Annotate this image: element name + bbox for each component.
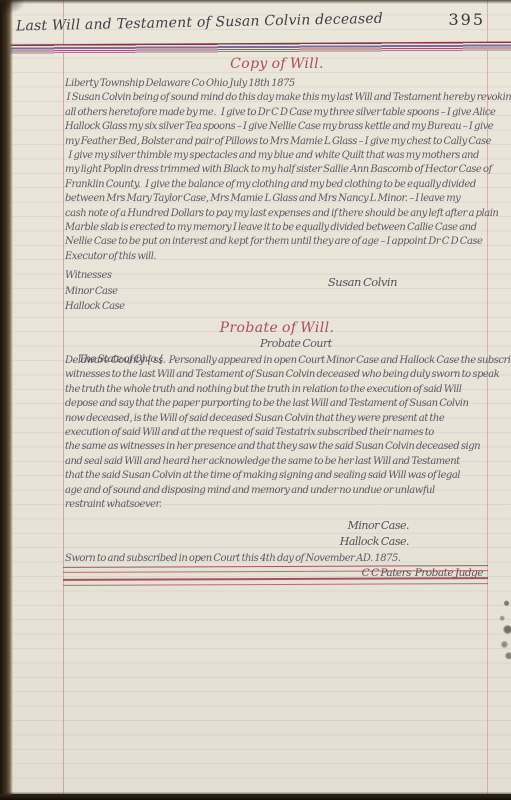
probate-body: Delaware County { ss. Personally appeare… [65,354,489,512]
text-line: I Susan Colvin being of sound mind do th… [65,91,489,105]
page-title: Last Will and Testament of Susan Colvin … [16,9,446,34]
text-line: Hallock Glass my six silver Tea spoons –… [65,120,489,134]
text-line: between Mrs Mary Taylor Case, Mrs Mamie … [65,192,489,206]
text-line: all others heretofore made by me. I give… [65,106,489,120]
ledger-photo: Last Will and Testament of Susan Colvin … [0,0,511,800]
text-line: cash note of a Hundred Dollars to pay my… [65,207,489,221]
text-line: my Feather Bed, Bolster and pair of Pill… [65,135,489,149]
text-line: age and of sound and disposing mind and … [65,484,489,498]
text-line: that the said Susan Colvin at the time o… [65,469,489,483]
ledger-page: Last Will and Testament of Susan Colvin … [6,0,511,794]
text-line: depose and say that the paper purporting… [65,397,489,411]
text-line: my light Poplin dress trimmed with Black… [65,163,489,177]
book-bottom-edge [0,792,511,800]
probate-court-label: Probate Court [260,336,332,352]
copy-of-will-heading: Copy of Will. [65,55,489,73]
text-line: witnesses to the last Will and Testament… [65,368,489,382]
closing-rule-lower [63,577,488,586]
text-line: the same as witnesses in her presence an… [65,440,489,454]
book-binding-edge [0,0,13,800]
page-number: 395 [448,10,485,29]
text-line: the truth the whole truth and nothing bu… [65,383,489,397]
probate-witness-signatures: Minor Case.Hallock Case. [65,518,489,549]
text-line: Executor of this will. [65,250,489,264]
text-line: Franklin County. I give the balance of m… [65,178,489,192]
page-stain [489,592,511,667]
witnesses-label: Witnesses [65,268,489,284]
text-line: Minor Case [65,284,489,300]
text-line: execution of said Will and at the reques… [65,426,489,440]
text-line: Hallock Case. [65,534,409,550]
witness-names: Minor CaseHallock Case [65,284,489,315]
text-line: now deceased, is the Will of said deceas… [65,412,489,426]
text-line: I give my silver thimble my spectacles a… [65,149,489,163]
text-line: and seal said Will and heard her acknowl… [65,455,489,469]
text-line: Nellie Case to be put on interest and ke… [65,235,489,249]
venue-row: The State of Ohio { Probate Court [65,336,489,352]
attestation-block: Witnesses Minor CaseHallock Case Susan C… [65,268,489,320]
text-line: restraint whatsoever. [65,498,489,512]
sworn-statement: Sworn to and subscribed in open Court th… [65,551,489,566]
testator-signature: Susan Colvin [328,275,397,289]
header-divider-band [6,41,511,54]
probate-of-will-heading: Probate of Will. [65,320,489,336]
left-margin-rule [63,0,64,794]
text-line: Liberty Township Delaware Co Ohio July 1… [65,77,489,91]
text-line: Hallock Case [65,299,489,315]
text-line: Minor Case. [65,518,409,534]
state-caption: The State of Ohio { [78,354,163,365]
handwritten-content: Copy of Will. Liberty Township Delaware … [65,55,489,580]
text-line: Marble slab is erected to my memory I le… [65,221,489,235]
book-top-edge [0,0,511,4]
will-body: Liberty Township Delaware Co Ohio July 1… [65,77,489,264]
